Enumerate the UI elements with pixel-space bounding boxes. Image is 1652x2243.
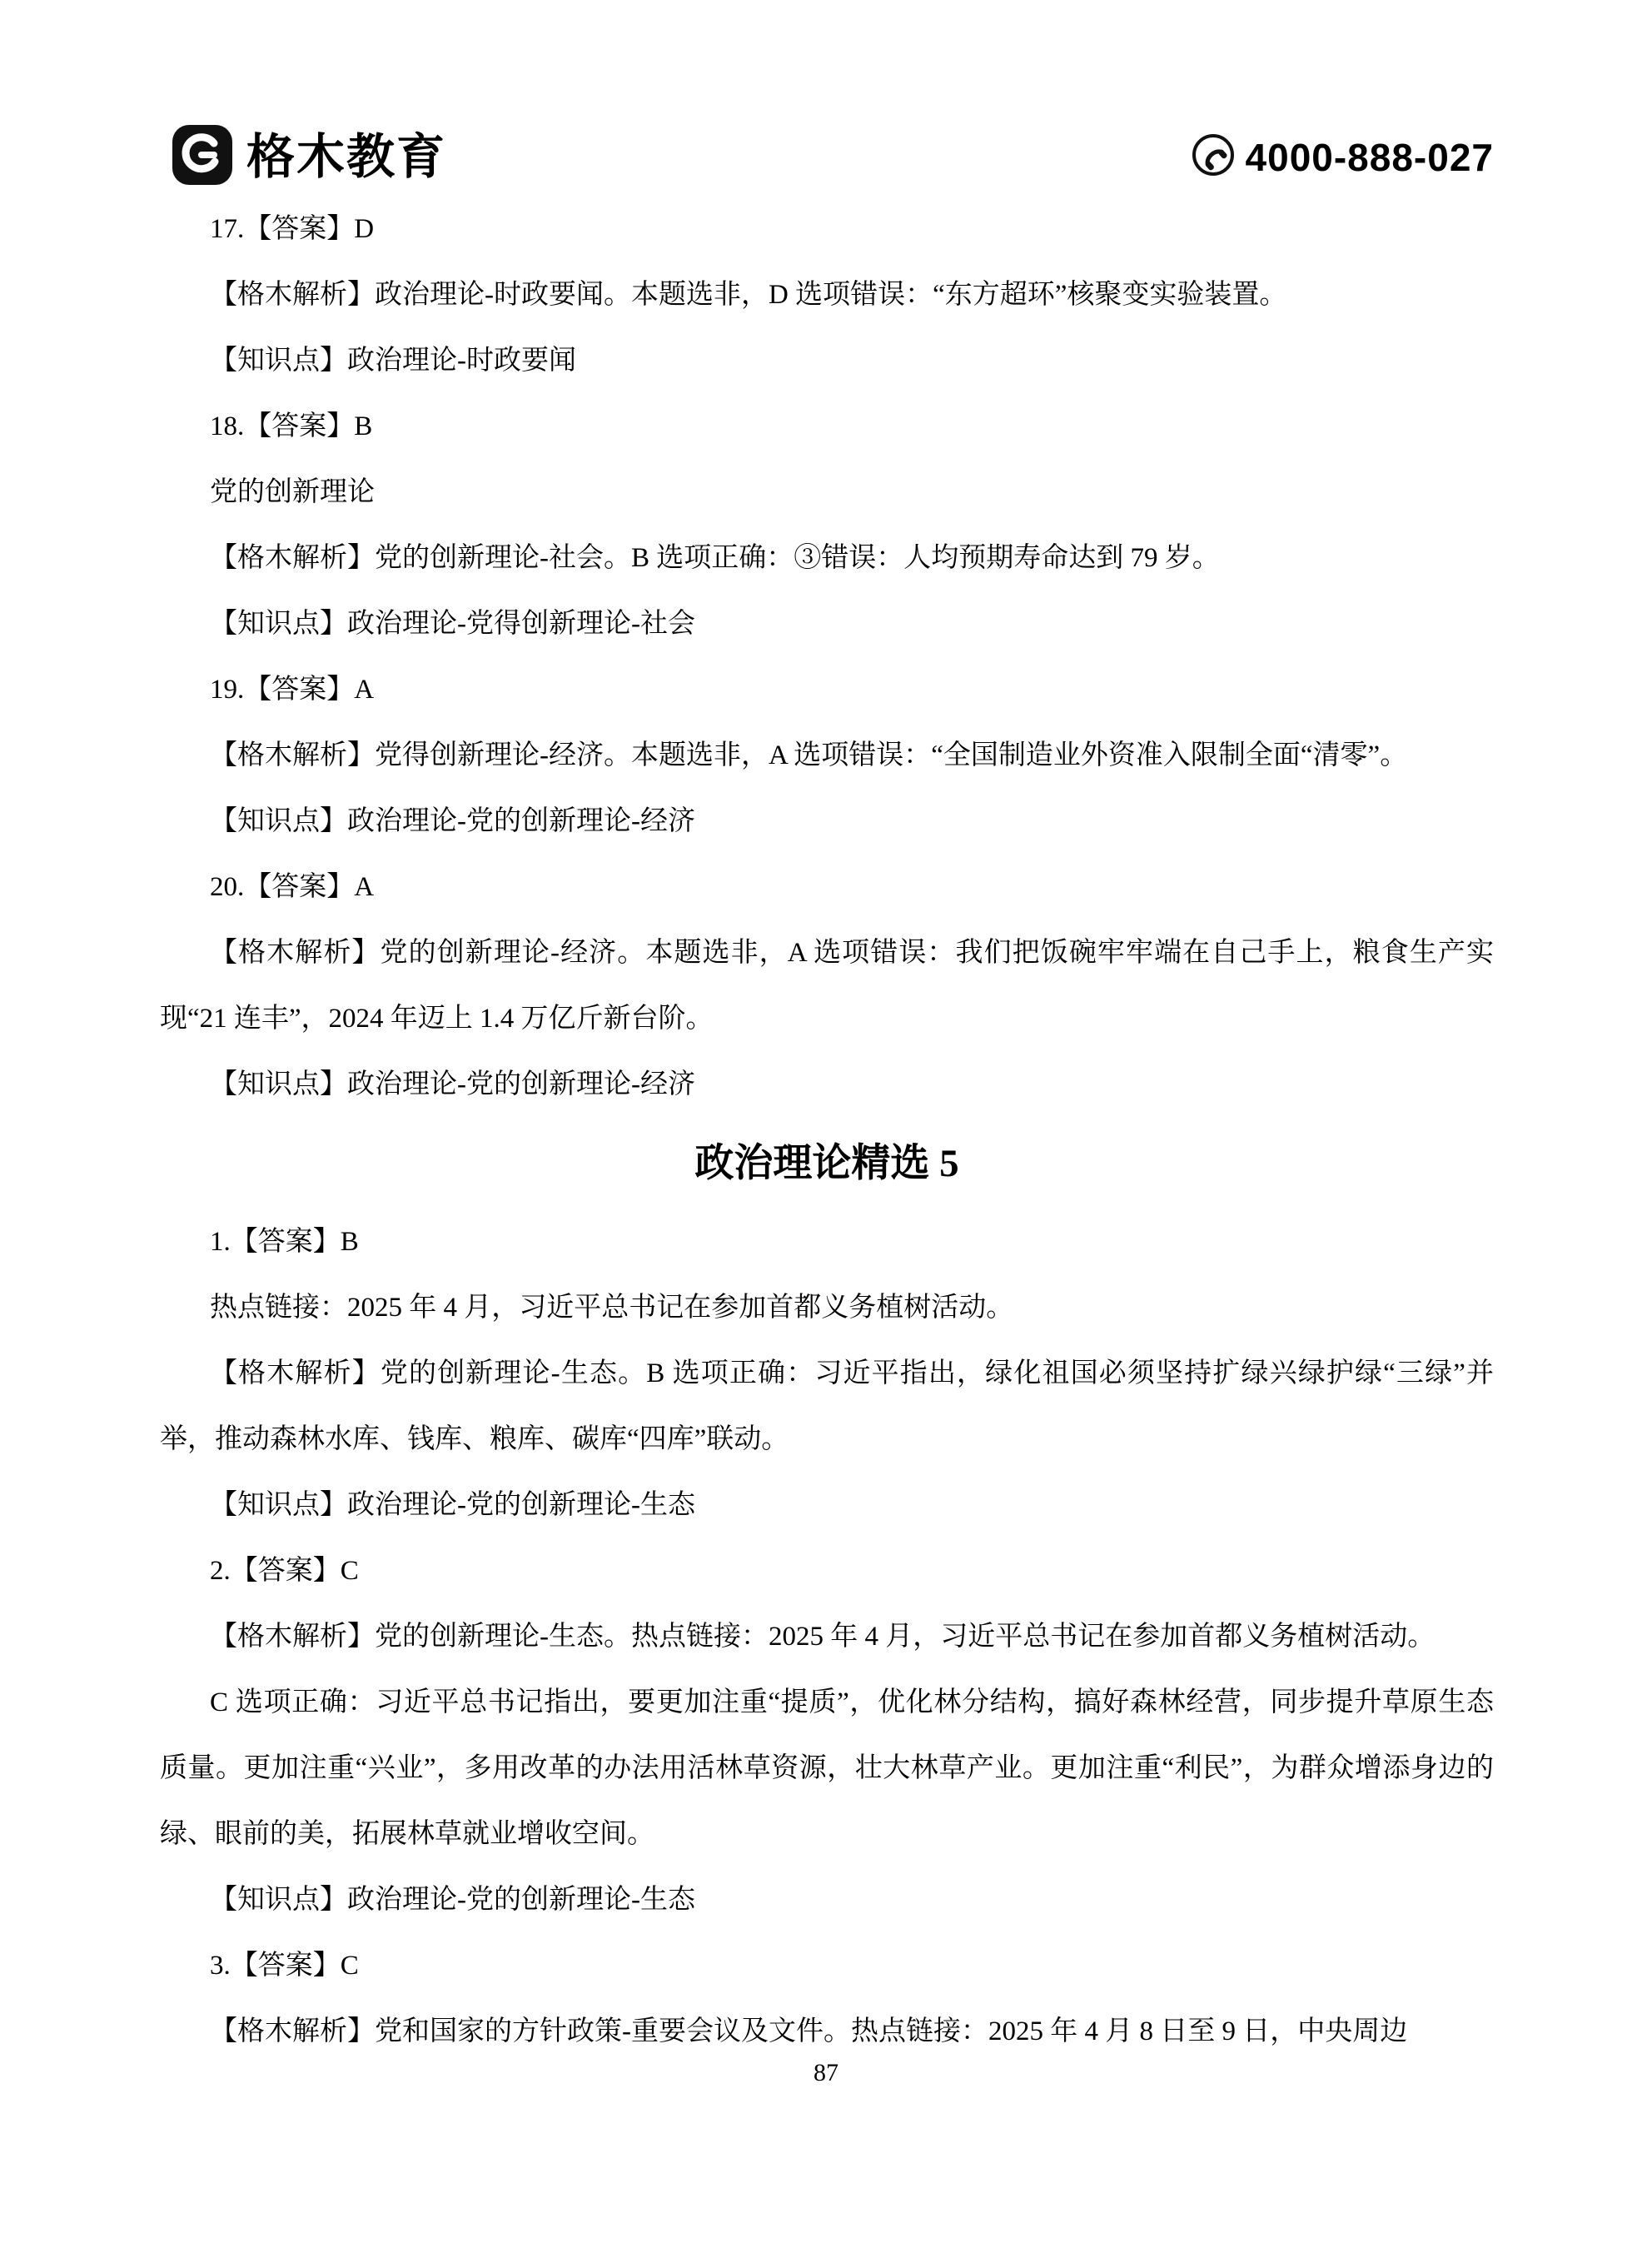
option-c-2: C 选项正确：习近平总书记指出，要更加注重“提质”，优化林分结构，搞好森林经营，… (160, 1670, 1494, 1867)
brand-name: 格木教育 (246, 133, 446, 182)
knowledge-2: 【知识点】政治理论-党的创新理论-生态 (160, 1867, 1494, 1933)
answer-19: 19.【答案】A (160, 657, 1494, 723)
analysis-19: 【格木解析】党得创新理论-经济。本题选非，A 选项错误：“全国制造业外资准入限制… (160, 723, 1494, 789)
analysis-2: 【格木解析】党的创新理论-生态。热点链接：2025 年 4 月，习近平总书记在参… (160, 1604, 1494, 1670)
page-number: 87 (814, 2059, 838, 2086)
knowledge-19: 【知识点】政治理论-党的创新理论-经济 (160, 789, 1494, 855)
content: 17.【答案】D 【格木解析】政治理论-时政要闻。本题选非，D 选项错误：“东方… (160, 197, 1494, 2065)
answer-2: 2.【答案】C (160, 1538, 1494, 1604)
hotlink-1: 热点链接：2025 年 4 月，习近平总书记在参加首都义务植树活动。 (160, 1275, 1494, 1341)
analysis-1: 【格木解析】党的创新理论-生态。B 选项正确：习近平指出，绿化祖国必须坚持扩绿兴… (160, 1341, 1494, 1473)
analysis-17: 【格木解析】政治理论-时政要闻。本题选非，D 选项错误：“东方超环”核聚变实验装… (160, 262, 1494, 328)
brand-logo: 格木教育 (171, 123, 446, 191)
page-footer: 87 (0, 2059, 1652, 2087)
knowledge-20: 【知识点】政治理论-党的创新理论-经济 (160, 1052, 1494, 1118)
phone-contact: 4000-888-027 (1191, 132, 1494, 182)
document-page: 格木教育 4000-888-027 17.【答案】D 【格木解析】政治理论-时政… (0, 0, 1652, 2243)
knowledge-17: 【知识点】政治理论-时政要闻 (160, 328, 1494, 394)
analysis-3: 【格木解析】党和国家的方针政策-重要会议及文件。热点链接：2025 年 4 月 … (160, 1999, 1494, 2065)
answer-18: 18.【答案】B (160, 394, 1494, 460)
answer-17: 17.【答案】D (160, 197, 1494, 262)
page-header: 格木教育 4000-888-027 (171, 123, 1494, 191)
analysis-20: 【格木解析】党的创新理论-经济。本题选非，A 选项错误：我们把饭碗牢牢端在自己手… (160, 920, 1494, 1052)
phone-icon (1191, 132, 1236, 182)
answer-3: 3.【答案】C (160, 1933, 1494, 1999)
phone-number: 4000-888-027 (1246, 138, 1494, 177)
knowledge-1: 【知识点】政治理论-党的创新理论-生态 (160, 1473, 1494, 1538)
note-18: 党的创新理论 (160, 460, 1494, 526)
gemu-logo-icon (171, 123, 234, 191)
section-heading: 政治理论精选 5 (160, 1118, 1494, 1209)
answer-1: 1.【答案】B (160, 1209, 1494, 1275)
analysis-18: 【格木解析】党的创新理论-社会。B 选项正确：③错误：人均预期寿命达到 79 岁… (160, 526, 1494, 591)
knowledge-18: 【知识点】政治理论-党得创新理论-社会 (160, 591, 1494, 657)
answer-20: 20.【答案】A (160, 855, 1494, 920)
